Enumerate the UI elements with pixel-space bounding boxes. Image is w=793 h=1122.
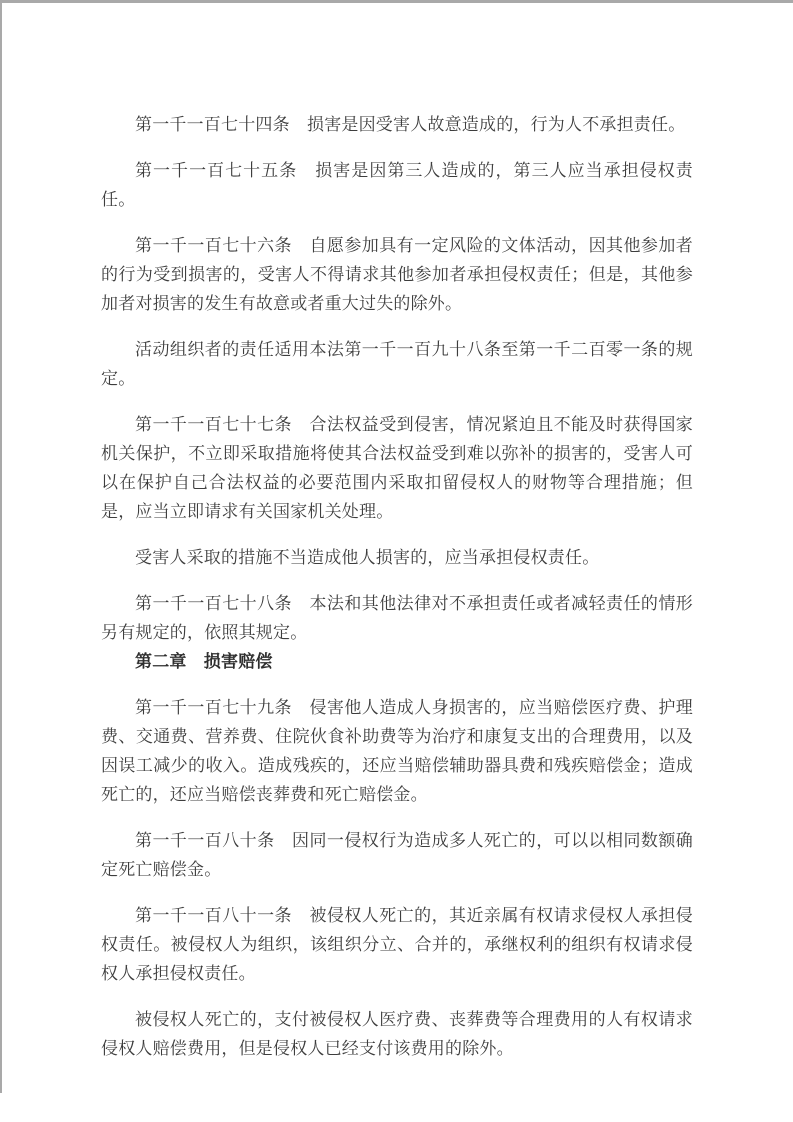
paragraph-article-1177: 第一千一百七十七条 合法权益受到侵害，情况紧迫且不能及时获得国家机关保护，不立即… [101, 410, 693, 526]
paragraph-article-1176-continued: 活动组织者的责任适用本法第一千一百九十八条至第一千二百零一条的规定。 [101, 335, 693, 393]
page-left-edge [0, 0, 2, 1093]
paragraph-article-1177-continued: 受害人采取的措施不当造成他人损害的，应当承担侵权责任。 [101, 543, 693, 572]
document-content: 第一千一百七十四条 损害是因受害人故意造成的，行为人不承担责任。 第一千一百七十… [101, 0, 693, 1080]
paragraph-article-1179: 第一千一百七十九条 侵害他人造成人身损害的，应当赔偿医疗费、护理费、交通费、营养… [101, 693, 693, 809]
paragraph-article-1181: 第一千一百八十一条 被侵权人死亡的，其近亲属有权请求侵权人承担侵权责任。被侵权人… [101, 901, 693, 988]
paragraph-article-1181-continued: 被侵权人死亡的，支付被侵权人医疗费、丧葬费等合理费用的人有权请求侵权人赔偿费用，… [101, 1005, 693, 1063]
chapter-heading: 第二章 损害赔偿 [101, 647, 693, 676]
paragraph-article-1178: 第一千一百七十八条 本法和其他法律对不承担责任或者减轻责任的情形另有规定的，依照… [101, 589, 693, 647]
paragraph-article-1180: 第一千一百八十条 因同一侵权行为造成多人死亡的，可以以相同数额确定死亡赔偿金。 [101, 826, 693, 884]
paragraph-article-1174: 第一千一百七十四条 损害是因受害人故意造成的，行为人不承担责任。 [101, 110, 693, 139]
paragraph-article-1175: 第一千一百七十五条 损害是因第三人造成的，第三人应当承担侵权责任。 [101, 156, 693, 214]
paragraph-article-1176: 第一千一百七十六条 自愿参加具有一定风险的文体活动，因其他参加者的行为受到损害的… [101, 231, 693, 318]
document-page: 第一千一百七十四条 损害是因受害人故意造成的，行为人不承担责任。 第一千一百七十… [0, 0, 793, 1122]
